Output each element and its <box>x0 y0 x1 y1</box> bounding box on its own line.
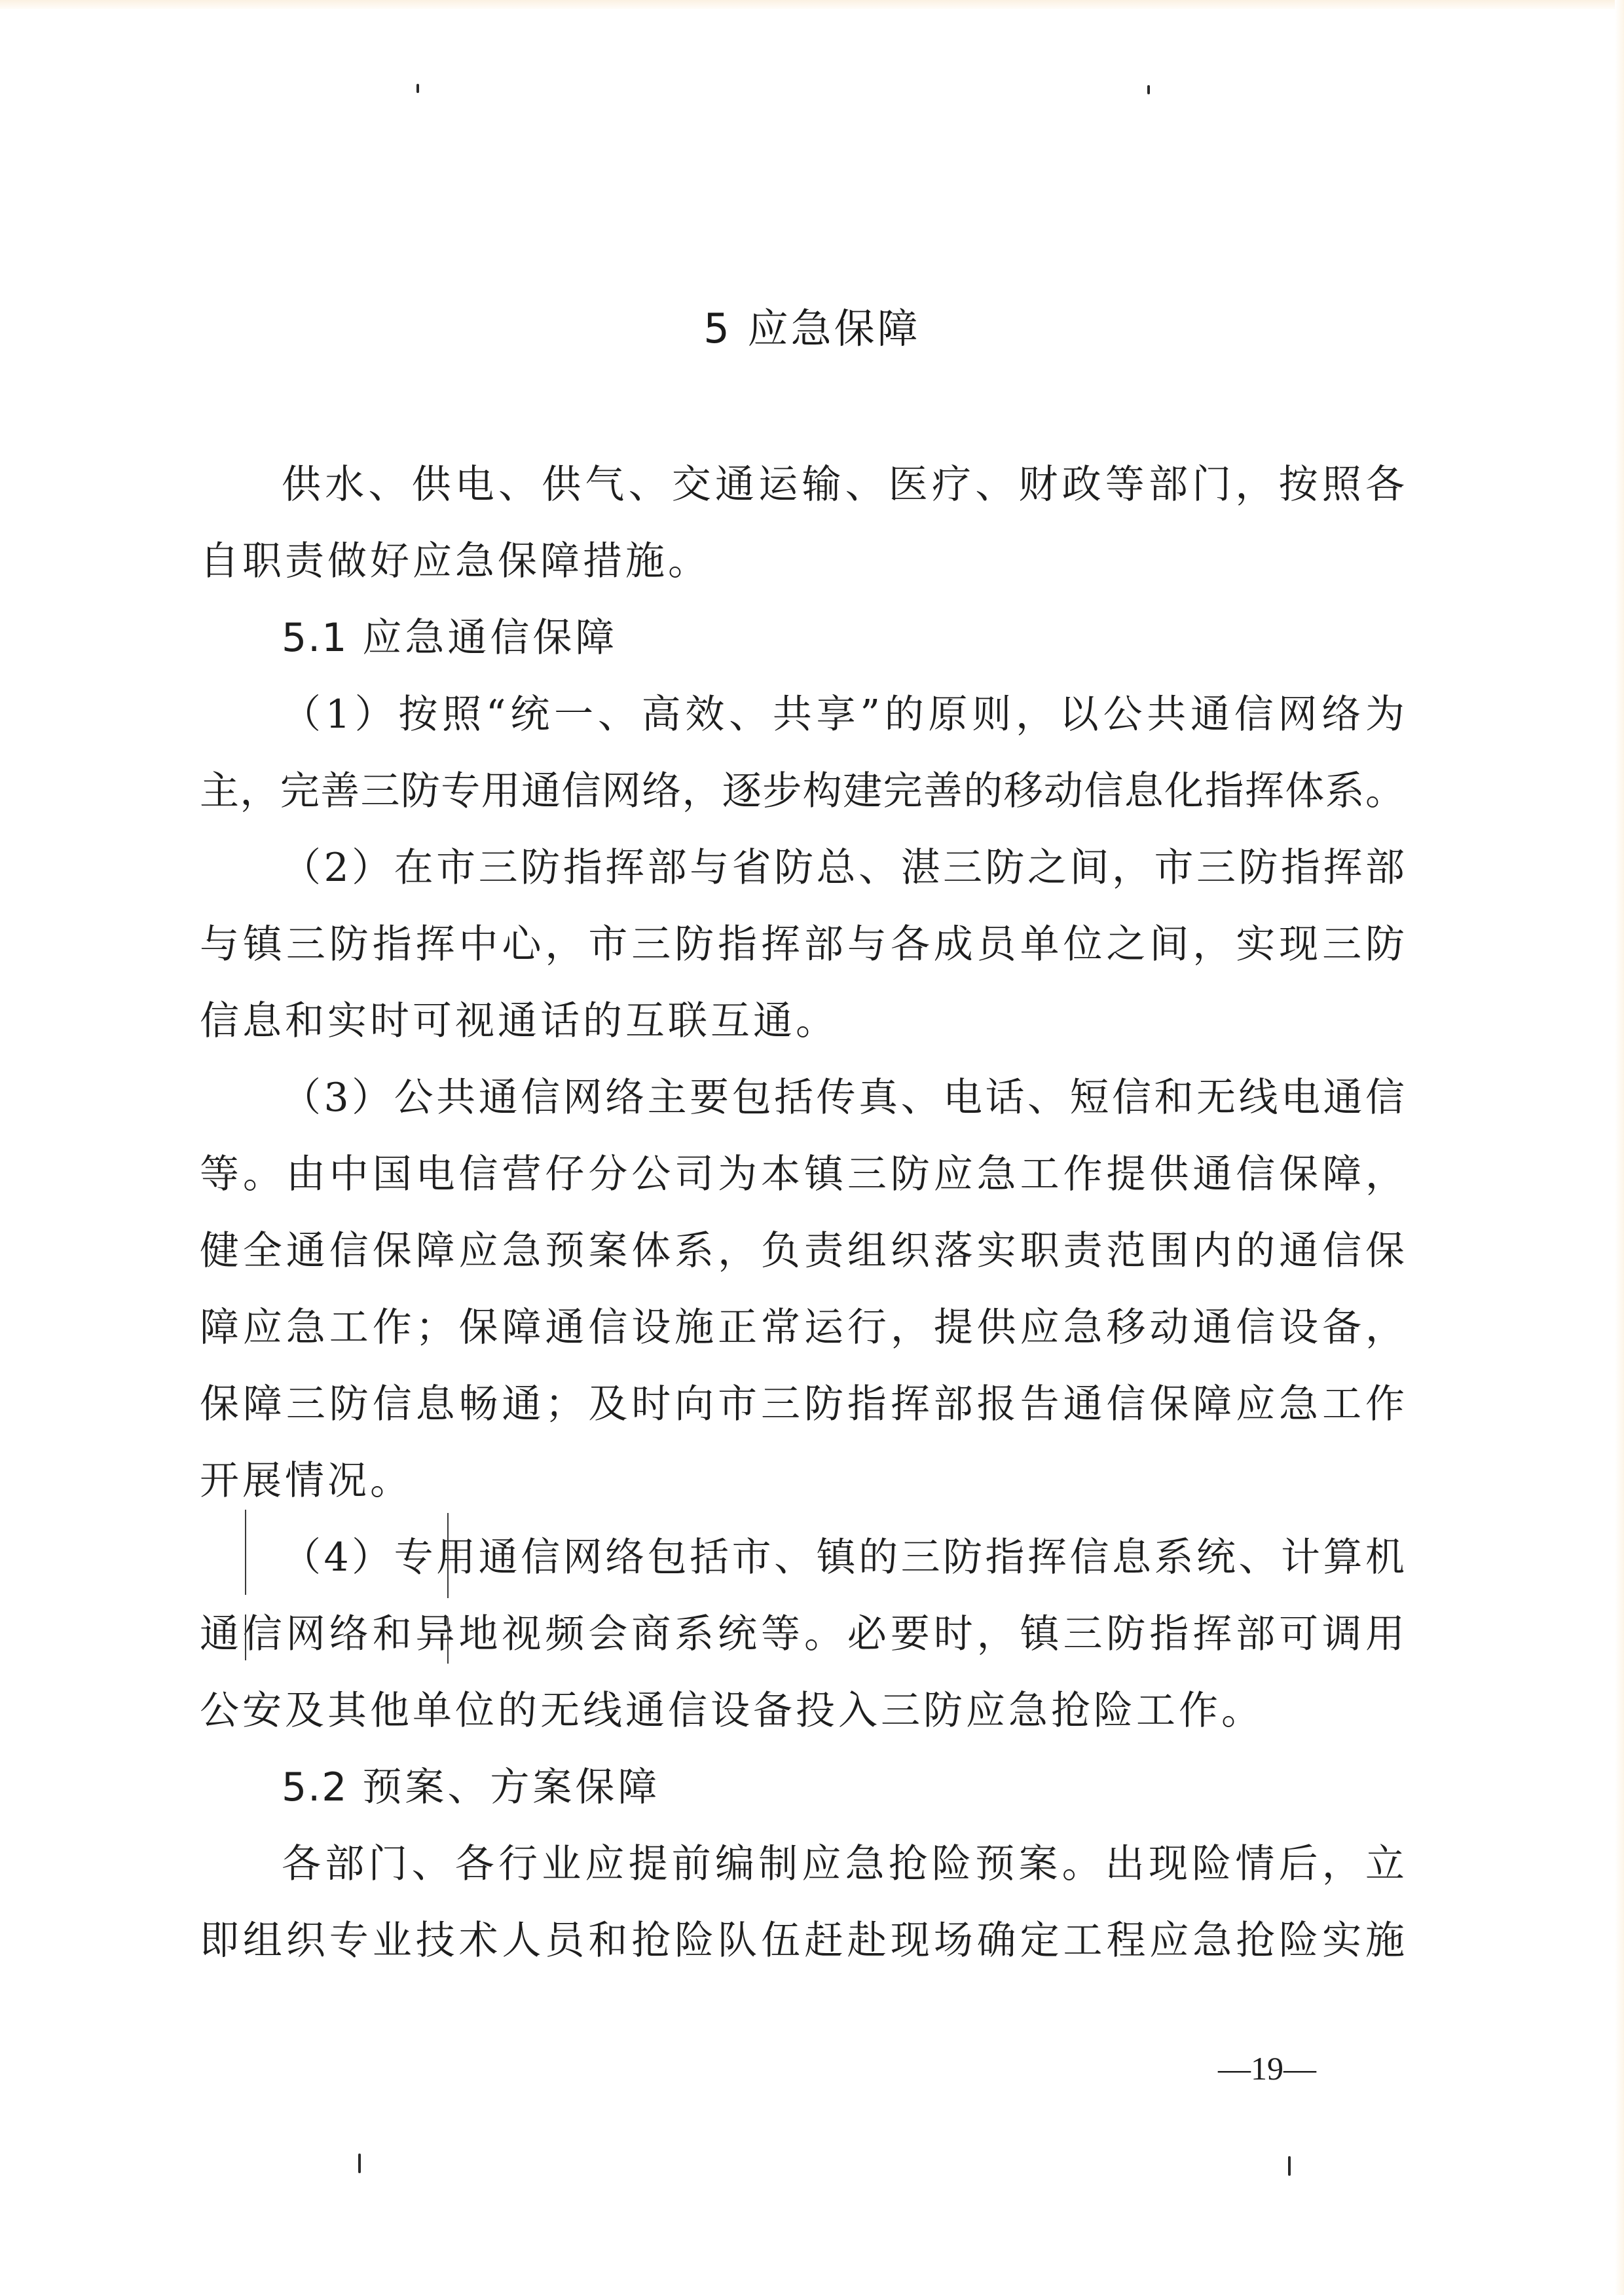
binding-mark-bottom-left <box>358 2154 361 2173</box>
scan-artifact-line <box>245 1510 246 1595</box>
scan-top-edge <box>0 0 1624 9</box>
paragraph-line: 障应急工作；保障通信设施正常运行，提供应急移动通信设备， <box>200 1301 1405 1354</box>
paragraph-line: 信息和实时可视通话的互联互通。 <box>200 995 838 1047</box>
paragraph-line: 与镇三防指挥中心，市三防指挥部与各成员单位之间，实现三防 <box>200 918 1405 971</box>
binding-mark-bottom-right <box>1288 2156 1291 2176</box>
paragraph-line: 公安及其他单位的无线通信设备投入三防应急抢险工作。 <box>200 1685 1264 1737</box>
paragraph-line: 供水、供电、供气、交通运输、医疗、财政等部门，按照各 <box>282 458 1405 511</box>
scan-artifact-line <box>447 1513 449 1598</box>
page-number: —19— <box>1218 2049 1316 2088</box>
paragraph-line: （4）专用通信网络包括市、镇的三防指挥信息系统、计算机 <box>282 1531 1405 1584</box>
binding-mark-top-left <box>416 84 419 93</box>
subsection-title: 预案、方案保障 <box>362 1764 660 1810</box>
subsection-title: 应急通信保障 <box>362 615 618 661</box>
subsection-number: 5.2 <box>282 1764 348 1810</box>
subsection-number: 5.1 <box>282 615 348 661</box>
scan-artifact-line <box>447 1618 449 1664</box>
paragraph-line: 开展情况。 <box>200 1455 413 1507</box>
section-title: 5 应急保障 <box>0 303 1624 355</box>
subsection-heading-5-1: 5.1应急通信保障 <box>282 612 618 664</box>
paragraph-line: 等。由中国电信营仔分公司为本镇三防应急工作提供通信保障， <box>200 1148 1405 1201</box>
binding-mark-top-right <box>1147 85 1150 94</box>
paragraph-line: 保障三防信息畅通；及时向市三防指挥部报告通信保障应急工作 <box>200 1378 1405 1430</box>
subsection-heading-5-2: 5.2预案、方案保障 <box>282 1761 660 1814</box>
paragraph-line: （1）按照“统一、高效、共享”的原则，以公共通信网络为 <box>282 688 1405 741</box>
scan-artifact-line <box>245 1614 246 1660</box>
paragraph-line: （3）公共通信网络主要包括传真、电话、短信和无线电通信 <box>282 1072 1405 1124</box>
paragraph-line: 健全通信保障应急预案体系，负责组织落实职责范围内的通信保 <box>200 1225 1405 1277</box>
paragraph-line: 主，完善三防专用通信网络，逐步构建完善的移动信息化指挥体系。 <box>200 765 1405 817</box>
paragraph-line: 各部门、各行业应提前编制应急抢险预案。出现险情后，立 <box>282 1838 1405 1890</box>
paragraph-line: （2）在市三防指挥部与省防总、湛三防之间，市三防指挥部 <box>282 842 1405 894</box>
paragraph-line: 即组织专业技术人员和抢险队伍赶赴现场确定工程应急抢险实施 <box>200 1914 1405 1967</box>
paragraph-line: 通信网络和异地视频会商系统等。必要时，镇三防指挥部可调用 <box>200 1608 1405 1660</box>
paragraph-line: 自职责做好应急保障措施。 <box>200 535 710 588</box>
